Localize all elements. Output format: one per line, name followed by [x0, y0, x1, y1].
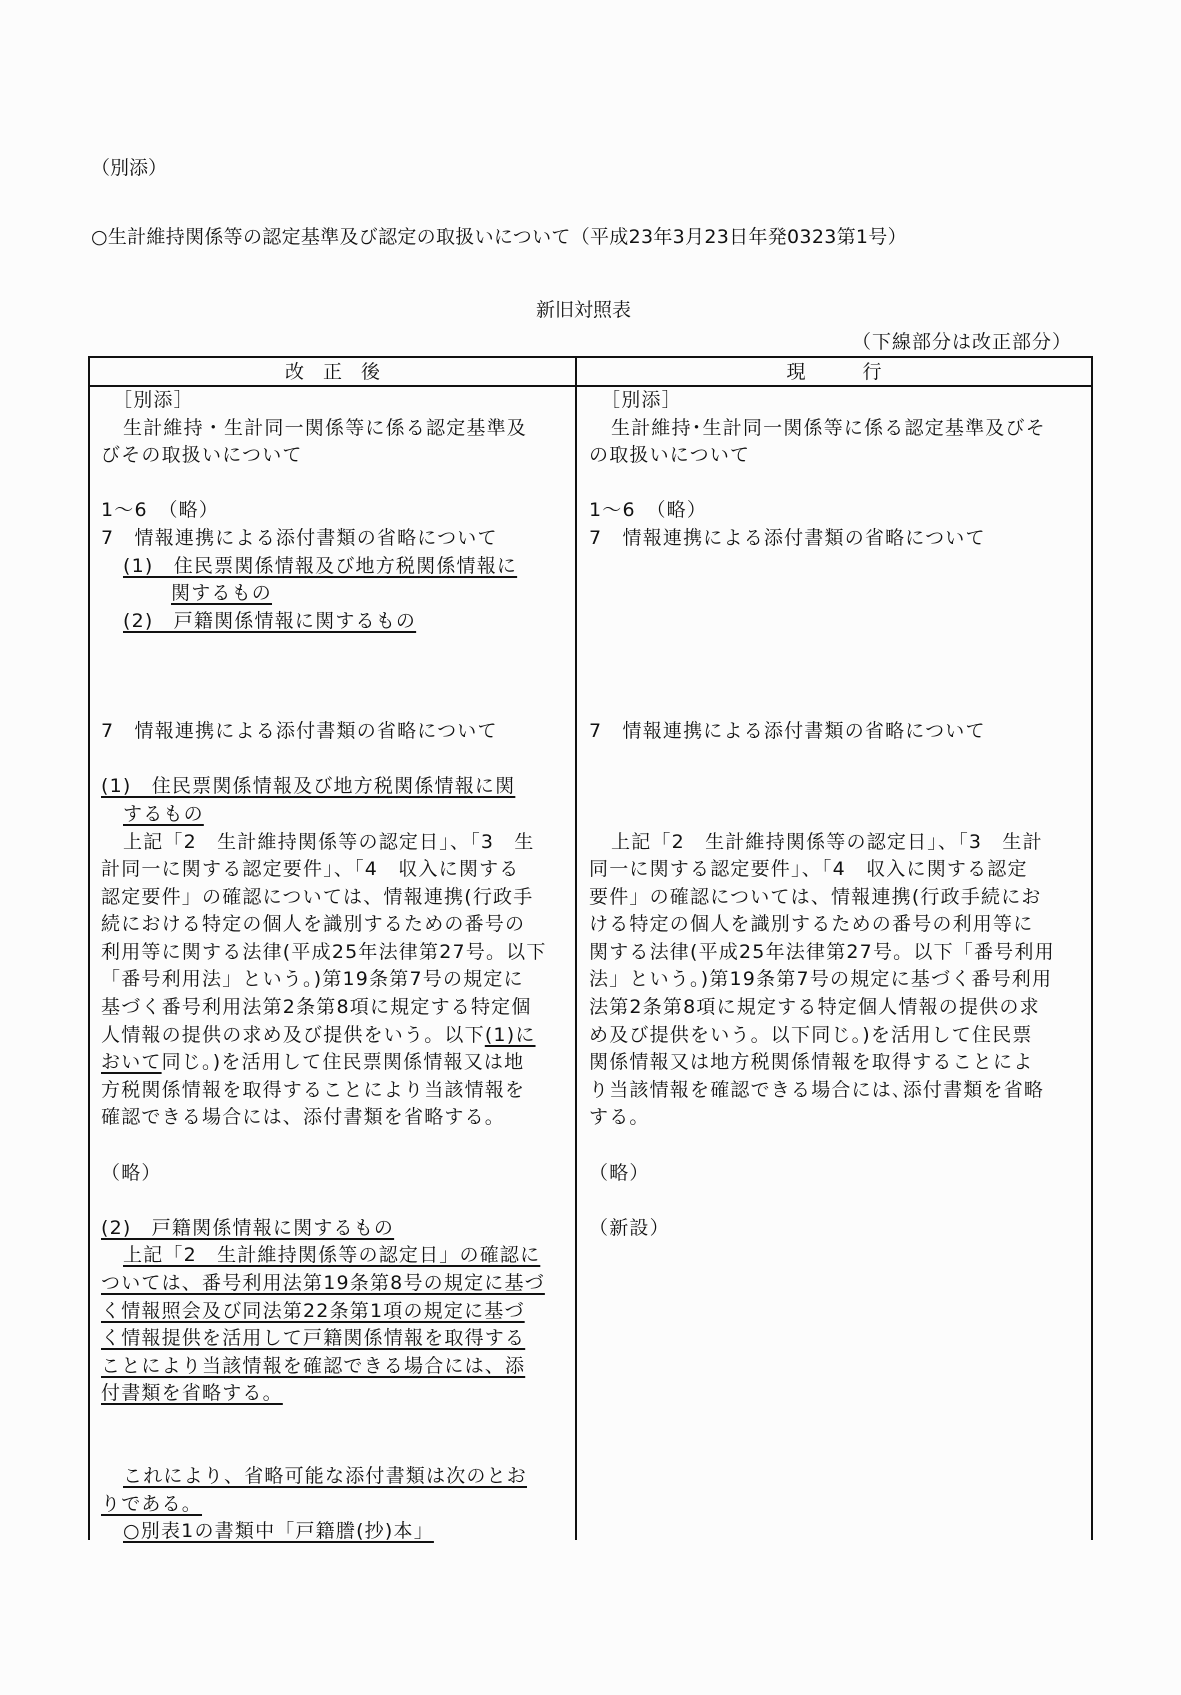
- table-title: 新旧対照表: [536, 295, 631, 322]
- revised-line: びその取扱いについて: [101, 442, 571, 470]
- current-line: [589, 691, 1089, 719]
- line-text: 続における特定の個人を識別するための番号の: [101, 913, 525, 935]
- column-header-current: 現 行: [577, 359, 1091, 385]
- revised-line: [101, 1408, 571, 1436]
- table-top-border: [88, 356, 1093, 358]
- line-text: (1) 住民票関係情報及び地方税関係情報に関: [101, 775, 515, 797]
- current-line: り当該情報を確認できる場合には､添付書類を省略: [589, 1077, 1089, 1105]
- revised-line: するもの: [101, 801, 571, 829]
- line-text: 上記「2 生計維持関係等の認定日」、「3 生計: [611, 831, 1043, 853]
- line-text: （略）: [589, 1162, 650, 1184]
- revised-line: 基づく番号利用法第2条第8項に規定する特定個: [101, 994, 571, 1022]
- revised-line: [101, 635, 571, 663]
- revised-line: 7 情報連携による添付書類の省略について: [101, 525, 571, 553]
- revised-line: 方税関係情報を取得することにより当該情報を: [101, 1077, 571, 1105]
- revised-line: [101, 746, 571, 774]
- line-text: 関するもの: [171, 582, 272, 604]
- current-line: する。: [589, 1104, 1089, 1132]
- line-text: 上記「2 生計維持関係等の認定日」、「3 生: [123, 831, 535, 853]
- current-line: ［別添］: [589, 387, 1089, 415]
- revised-line: 付書類を省略する。: [101, 1380, 571, 1408]
- line-text: 計同一に関する認定要件」、「4 収入に関する: [101, 858, 520, 880]
- current-line: [589, 1132, 1089, 1160]
- line-text: (2) 戸籍関係情報に関するもの: [101, 1217, 394, 1239]
- line-text: ける特定の個人を識別するための番号の利用等に: [589, 913, 1033, 935]
- line-text: 法第2条第8項に規定する特定個人情報の提供の求: [589, 996, 1040, 1018]
- line-text: りである。: [101, 1493, 202, 1515]
- revised-line: 人情報の提供の求め及び提供をいう。以下(1)に: [101, 1022, 571, 1050]
- current-line: [589, 663, 1089, 691]
- annex-label: （別添）: [91, 153, 167, 180]
- line-text: 法」という。)第19条第7号の規定に基づく番号利用: [589, 968, 1052, 990]
- revised-line: これにより、省略可能な添付書類は次のとお: [101, 1463, 571, 1491]
- revised-line: (2) 戸籍関係情報に関するもの: [101, 608, 571, 636]
- current-line: [589, 746, 1089, 774]
- revised-line: 1～6 （略）: [101, 497, 571, 525]
- revised-line: (1) 住民票関係情報及び地方税関係情報に: [101, 553, 571, 581]
- line-text: 同じ。)を活用して住民票関係情報又は地: [162, 1051, 525, 1073]
- current-line: 7 情報連携による添付書類の省略について: [589, 718, 1089, 746]
- revised-line: ［別添］: [101, 387, 571, 415]
- revised-line: ○別表1の書類中「戸籍謄(抄)本」: [101, 1518, 571, 1546]
- line-text: 生計維持・生計同一関係等に係る認定基準及: [123, 417, 527, 439]
- revised-line: 続における特定の個人を識別するための番号の: [101, 911, 571, 939]
- line-text: 1～6 （略）: [589, 499, 707, 521]
- revised-line: 上記「2 生計維持関係等の認定日」、「3 生: [101, 829, 571, 857]
- table-right-border: [1091, 356, 1093, 1540]
- current-line: （新設）: [589, 1215, 1089, 1243]
- line-text: ことにより当該情報を確認できる場合には、添: [101, 1355, 525, 1377]
- line-text: 認定要件」の確認については、情報連携(行政手: [101, 886, 533, 908]
- current-line: [589, 773, 1089, 801]
- line-text: するもの: [123, 803, 204, 825]
- line-text: 7 情報連携による添付書類の省略について: [101, 527, 498, 549]
- current-line: 上記「2 生計維持関係等の認定日」、「3 生計: [589, 829, 1089, 857]
- current-line: ける特定の個人を識別するための番号の利用等に: [589, 911, 1089, 939]
- line-text: 人情報の提供の求め及び提供をいう。以下: [101, 1024, 485, 1046]
- line-text: ○別表1の書類中「戸籍謄(抄)本」: [123, 1520, 434, 1542]
- current-line: （略）: [589, 1160, 1089, 1188]
- current-line: の取扱いについて: [589, 442, 1089, 470]
- current-line: 要件」の確認については、情報連携(行政手続にお: [589, 884, 1089, 912]
- line-text: ［別添］: [113, 389, 194, 411]
- revised-line: 上記「2 生計維持関係等の認定日」の確認に: [101, 1242, 571, 1270]
- revised-line: 利用等に関する法律(平成25年法律第27号。以下: [101, 939, 571, 967]
- current-line: 同一に関する認定要件」、「4 収入に関する認定: [589, 856, 1089, 884]
- revised-column: ［別添］生計維持・生計同一関係等に係る認定基準及びその取扱いについて1～6 （略…: [101, 387, 571, 1546]
- line-text: め及び提供をいう。以下同じ。)を活用して住民票: [589, 1024, 1033, 1046]
- document-title: ○生計維持関係等の認定基準及び認定の取扱いについて（平成23年3月23日年発03…: [91, 222, 907, 249]
- line-text: の取扱いについて: [589, 444, 750, 466]
- current-line: 7 情報連携による添付書類の省略について: [589, 525, 1089, 553]
- line-text: 方税関係情報を取得することにより当該情報を: [101, 1079, 525, 1101]
- revised-line: 認定要件」の確認については、情報連携(行政手: [101, 884, 571, 912]
- current-line: 関係情報又は地方税関係情報を取得することによ: [589, 1049, 1089, 1077]
- current-line: め及び提供をいう。以下同じ。)を活用して住民票: [589, 1022, 1089, 1050]
- column-divider: [575, 356, 577, 1540]
- line-text: く情報照会及び同法第22条第1項の規定に基づ: [101, 1300, 525, 1322]
- current-line: [589, 1187, 1089, 1215]
- line-text: り当該情報を確認できる場合には､添付書類を省略: [589, 1079, 1044, 1101]
- line-text: 基づく番号利用法第2条第8項に規定する特定個: [101, 996, 532, 1018]
- current-line: 関する法律(平成25年法律第27号。以下「番号利用: [589, 939, 1089, 967]
- column-header-revised: 改 正 後: [90, 359, 575, 385]
- line-text: 関する法律(平成25年法律第27号。以下「番号利用: [589, 941, 1055, 963]
- line-text: 利用等に関する法律(平成25年法律第27号。以下: [101, 941, 547, 963]
- revised-line: [101, 663, 571, 691]
- revised-line: おいて同じ。)を活用して住民票関係情報又は地: [101, 1049, 571, 1077]
- underline-note: （下線部分は改正部分）: [852, 327, 1072, 354]
- current-line: 生計維持･生計同一関係等に係る認定基準及びそ: [589, 415, 1089, 443]
- current-line: [589, 635, 1089, 663]
- line-text: 「番号利用法」という。)第19条第7号の規定に: [101, 968, 524, 990]
- line-text: ついては、番号利用法第19条第8号の規定に基づ: [101, 1272, 545, 1294]
- revised-line: [101, 470, 571, 498]
- current-line: [589, 608, 1089, 636]
- revised-line: [101, 691, 571, 719]
- line-text: これにより、省略可能な添付書類は次のとお: [123, 1465, 527, 1487]
- revised-line: 計同一に関する認定要件」、「4 収入に関する: [101, 856, 571, 884]
- line-text: 確認できる場合には、添付書類を省略する。: [101, 1106, 505, 1128]
- line-text: びその取扱いについて: [101, 444, 303, 466]
- line-text: 1～6 （略）: [101, 499, 219, 521]
- line-text: する。: [589, 1106, 650, 1128]
- line-text: 同一に関する認定要件」、「4 収入に関する認定: [589, 858, 1028, 880]
- current-line: 法第2条第8項に規定する特定個人情報の提供の求: [589, 994, 1089, 1022]
- revised-line: (2) 戸籍関係情報に関するもの: [101, 1215, 571, 1243]
- line-text: (1) 住民票関係情報及び地方税関係情報に: [123, 555, 517, 577]
- line-text: 7 情報連携による添付書類の省略について: [589, 527, 986, 549]
- revised-line: 「番号利用法」という。)第19条第7号の規定に: [101, 966, 571, 994]
- revised-line: ついては、番号利用法第19条第8号の規定に基づ: [101, 1270, 571, 1298]
- revised-line: 確認できる場合には、添付書類を省略する。: [101, 1104, 571, 1132]
- revised-line: (1) 住民票関係情報及び地方税関係情報に関: [101, 773, 571, 801]
- line-text: 生計維持･生計同一関係等に係る認定基準及びそ: [611, 417, 1046, 439]
- line-text: く情報提供を活用して戸籍関係情報を取得する: [101, 1327, 525, 1349]
- current-line: [589, 470, 1089, 498]
- revised-line: [101, 1187, 571, 1215]
- table-left-border: [88, 356, 90, 1540]
- revised-line: く情報照会及び同法第22条第1項の規定に基づ: [101, 1298, 571, 1326]
- underlined-text: (1)に: [485, 1024, 536, 1046]
- revised-line: 関するもの: [101, 580, 571, 608]
- current-line: 法」という。)第19条第7号の規定に基づく番号利用: [589, 966, 1089, 994]
- line-text: （略）: [101, 1162, 162, 1184]
- current-column: ［別添］生計維持･生計同一関係等に係る認定基準及びその取扱いについて1～6 （略…: [589, 387, 1089, 1242]
- current-line: [589, 801, 1089, 829]
- revised-line: （略）: [101, 1160, 571, 1188]
- revised-line: [101, 1436, 571, 1464]
- line-text: 関係情報又は地方税関係情報を取得することによ: [589, 1051, 1033, 1073]
- line-text: 要件」の確認については、情報連携(行政手続にお: [589, 886, 1042, 908]
- line-text: 上記「2 生計維持関係等の認定日」の確認に: [123, 1244, 540, 1266]
- current-line: 1～6 （略）: [589, 497, 1089, 525]
- underlined-text: おいて: [101, 1051, 162, 1073]
- line-text: 付書類を省略する。: [101, 1382, 283, 1404]
- line-text: 7 情報連携による添付書類の省略について: [101, 720, 498, 742]
- line-text: （新設）: [589, 1217, 670, 1239]
- line-text: ［別添］: [601, 389, 682, 411]
- current-line: [589, 580, 1089, 608]
- revised-line: [101, 1132, 571, 1160]
- revised-line: く情報提供を活用して戸籍関係情報を取得する: [101, 1325, 571, 1353]
- revised-line: 生計維持・生計同一関係等に係る認定基準及: [101, 415, 571, 443]
- revised-line: 7 情報連携による添付書類の省略について: [101, 718, 571, 746]
- revised-line: ことにより当該情報を確認できる場合には、添: [101, 1353, 571, 1381]
- revised-line: りである。: [101, 1491, 571, 1519]
- line-text: (2) 戸籍関係情報に関するもの: [123, 610, 416, 632]
- current-line: [589, 553, 1089, 581]
- line-text: 7 情報連携による添付書類の省略について: [589, 720, 986, 742]
